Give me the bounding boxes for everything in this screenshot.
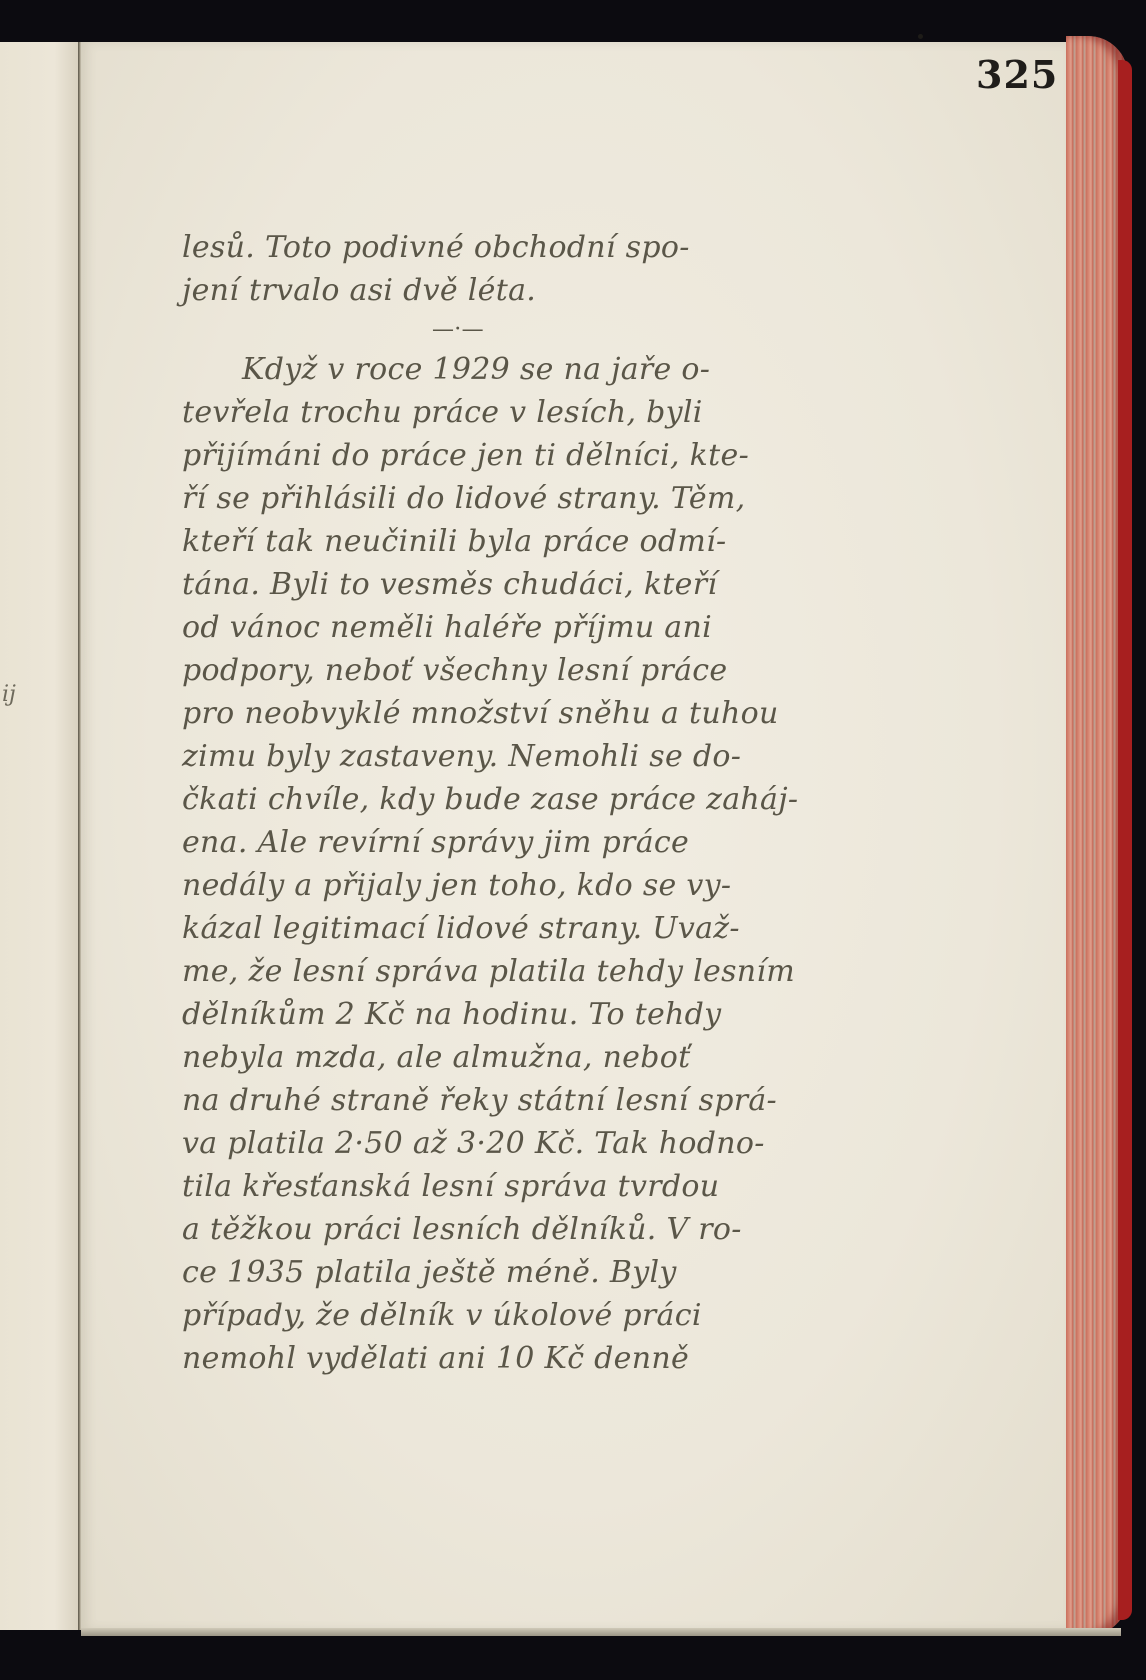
text-line: nedály a přijaly jen toho, kdo se vy- [182,864,982,907]
text-line: případy, že dělník v úkolové práci [182,1294,982,1337]
section-separator: —·— [182,312,982,348]
page-number: 325 [976,52,1058,97]
text-line: podpory, neboť všechny lesní práce [182,649,982,692]
text-line: Když v roce 1929 se na jaře o- [182,348,982,391]
text-line: přijímáni do práce jen ti dělníci, kte- [182,434,982,477]
text-line: lesů. Toto podivné obchodní spo- [182,226,982,269]
text-line: tevřela trochu práce v lesích, byli [182,391,982,434]
left-page-text-fragment: ij [2,682,16,707]
text-line: čkati chvíle, kdy bude zase práce zaháj- [182,778,982,821]
text-line: tána. Byli to vesměs chudáci, kteří [182,563,982,606]
left-page: ij [0,42,78,1630]
text-line: ena. Ale revírní správy jim práce [182,821,982,864]
page-bottom-edge [81,1628,1121,1636]
text-line: va platila 2·50 až 3·20 Kč. Tak hodno- [182,1122,982,1165]
text-line: pro neobvyklé množství sněhu a tuhou [182,692,982,735]
text-line: a těžkou práci lesních dělníků. V ro- [182,1208,982,1251]
text-line: od vánoc neměli haléře příjmu ani [182,606,982,649]
text-line: me, že lesní správa platila tehdy lesním [182,950,982,993]
ink-dot [918,34,923,39]
red-cover-edge [1118,60,1132,1620]
text-line: tila křesťanská lesní správa tvrdou [182,1165,982,1208]
text-line: ří se přihlásili do lidové strany. Těm, [182,477,982,520]
text-line: nebyla mzda, ale almužna, neboť [182,1036,982,1079]
text-line: na druhé straně řeky státní lesní sprá- [182,1079,982,1122]
text-line: jení trvalo asi dvě léta. [182,269,982,312]
text-line: ce 1935 platila ještě méně. Byly [182,1251,982,1294]
book-scan: ij 325 lesů. Toto podivné obchodní spo- … [0,0,1146,1680]
text-line: nemohl vydělati ani 10 Kč denně [182,1337,982,1380]
text-line: kteří tak neučinili byla práce odmí- [182,520,982,563]
text-line: kázal legitimací lidové strany. Uvaž- [182,907,982,950]
text-line: dělníkům 2 Kč na hodinu. To tehdy [182,993,982,1036]
handwritten-text: lesů. Toto podivné obchodní spo- jení tr… [182,226,982,1380]
text-line: zimu byly zastaveny. Nemohli se do- [182,735,982,778]
